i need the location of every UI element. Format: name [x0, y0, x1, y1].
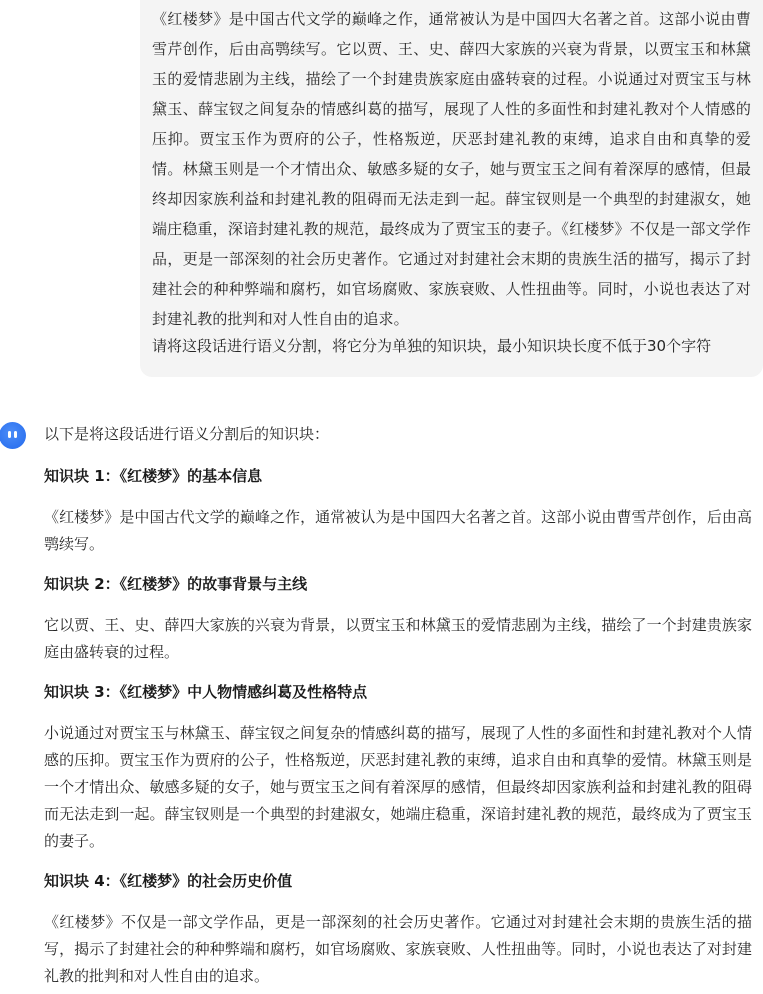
avatar-eye-left: [8, 431, 11, 438]
knowledge-chunk-body: 《红楼梦》不仅是一部文学作品，更是一部深刻的社会历史著作。它通过对封建社会末期的…: [44, 909, 752, 990]
assistant-avatar-icon: [0, 422, 26, 449]
knowledge-chunk: 知识块 1：《红楼梦》的基本信息 《红楼梦》是中国古代文学的巅峰之作，通常被认为…: [44, 462, 752, 558]
knowledge-chunk-body: 它以贾、王、史、薛四大家族的兴衰为背景，以贾宝玉和林黛玉的爱情悲剧为主线，描绘了…: [44, 612, 752, 666]
knowledge-chunk: 知识块 4：《红楼梦》的社会历史价值 《红楼梦》不仅是一部文学作品，更是一部深刻…: [44, 867, 752, 990]
user-message-prompt: 请将这段话进行语义分割，将它分为单独的知识块，最小知识块长度不低于30个字符: [152, 334, 711, 358]
knowledge-chunk: 知识块 3：《红楼梦》中人物情感纠葛及性格特点 小说通过对贾宝玉与林黛玉、薛宝钗…: [44, 678, 752, 855]
knowledge-chunk-title: 知识块 4：《红楼梦》的社会历史价值: [44, 867, 752, 895]
user-message-passage: 《红楼梦》是中国古代文学的巅峰之作，通常被认为是中国四大名著之首。这部小说由曹雪…: [152, 4, 751, 334]
knowledge-chunk-title: 知识块 2：《红楼梦》的故事背景与主线: [44, 570, 752, 598]
knowledge-chunk-title: 知识块 3：《红楼梦》中人物情感纠葛及性格特点: [44, 678, 752, 706]
avatar-eye-right: [14, 431, 17, 438]
assistant-message: 以下是将这段话进行语义分割后的知识块： 知识块 1：《红楼梦》的基本信息 《红楼…: [44, 420, 752, 994]
user-message-bubble: 《红楼梦》是中国古代文学的巅峰之作，通常被认为是中国四大名著之首。这部小说由曹雪…: [140, 0, 763, 377]
knowledge-chunk-body: 《红楼梦》是中国古代文学的巅峰之作，通常被认为是中国四大名著之首。这部小说由曹雪…: [44, 504, 752, 558]
assistant-intro: 以下是将这段话进行语义分割后的知识块：: [44, 420, 752, 448]
knowledge-chunk: 知识块 2：《红楼梦》的故事背景与主线 它以贾、王、史、薛四大家族的兴衰为背景，…: [44, 570, 752, 666]
knowledge-chunk-title: 知识块 1：《红楼梦》的基本信息: [44, 462, 752, 490]
knowledge-chunk-body: 小说通过对贾宝玉与林黛玉、薛宝钗之间复杂的情感纠葛的描写，展现了人性的多面性和封…: [44, 720, 752, 855]
